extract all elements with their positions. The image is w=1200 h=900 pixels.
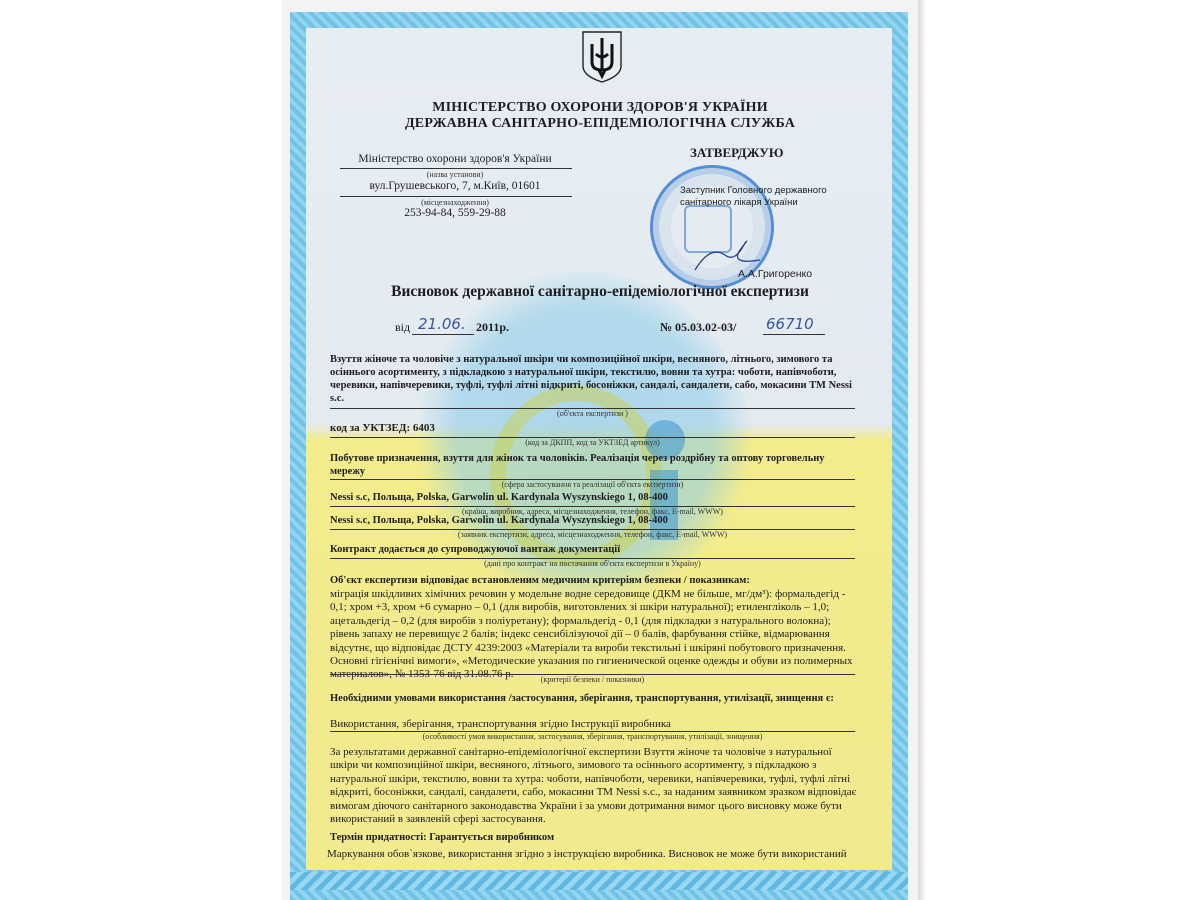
conditions-value: Використання, зберігання, транспортуванн…	[330, 718, 671, 730]
issuer-name: Міністерство охорони здоров'я України	[340, 153, 570, 165]
contract-info-caption: (дані про контракт на постачання об'єкта…	[330, 559, 855, 568]
approval-signatory: А.А.Григоренко	[738, 268, 812, 280]
application-scope-caption: (сфера застосування та реалізації об'єкт…	[330, 480, 855, 489]
criteria-text: міграція шкідливих хімічних речовин у мо…	[330, 588, 860, 682]
expertise-object: Взуття жіноче та чоловіче з натуральної …	[330, 353, 860, 405]
issuer-address: вул.Грушевського, 7, м.Київ, 01601	[340, 180, 570, 192]
sheet-edge	[918, 0, 926, 900]
shelf-life: Термін придатності: Гарантується виробни…	[330, 832, 554, 843]
approval-label: ЗАТВЕРДЖУЮ	[690, 145, 783, 161]
marking-text: Маркування обов`язкове, використання згі…	[327, 848, 867, 860]
issuer-phones: 253-94-84, 559-29-88	[340, 207, 570, 219]
tn-ved-code: код за УКТЗЕД: 6403	[330, 422, 435, 434]
contract-info: Контракт додається до супроводжуючої ван…	[330, 544, 620, 555]
expertise-object-caption: (об'єкта експертизи )	[330, 409, 855, 418]
decorative-border-bottom	[290, 872, 908, 890]
manufacturer: Nessi s.c, Польща, Polska, Garwolin ul. …	[330, 492, 668, 503]
applicant: Nessi s.c, Польща, Polska, Garwolin ul. …	[330, 515, 668, 526]
applicant-caption: (заявник експертизи, адреса, місцезнаход…	[330, 530, 855, 539]
conditions-heading: Необхідними умовами використання /застос…	[330, 692, 860, 705]
conditions-caption: (особливості умов використання, застосув…	[330, 732, 855, 741]
number-handwritten: 66710	[766, 315, 814, 333]
approval-position: Заступник Головного державного санітарно…	[680, 185, 830, 209]
date-year: 2011р.	[476, 320, 509, 335]
application-scope: Побутове призначення, взуття для жінок т…	[330, 452, 860, 478]
conclusion-text: За результатами державної санітарно-епід…	[330, 746, 860, 826]
document-title: Висновок державної санітарно-епідеміолог…	[310, 283, 890, 301]
trident-emblem-icon	[580, 30, 624, 84]
date-prefix: від	[395, 320, 410, 335]
criteria-heading: Об'єкт експертизи відповідає встановлени…	[330, 575, 860, 586]
tn-ved-code-caption: (код за ДКПП, код за УКТЗЕД артикул)	[330, 438, 855, 447]
date-handwritten: 21.06.	[418, 315, 466, 333]
issuer-address-caption: (місцезнаходження)	[340, 198, 570, 207]
ministry-heading: МІНІСТЕРСТВО ОХОРОНИ ЗДОРОВ'Я УКРАЇНИ	[310, 100, 890, 116]
number-prefix: № 05.03.02-03/	[660, 320, 736, 335]
criteria-caption: (критерії безпеки / показники)	[330, 675, 855, 684]
service-heading: ДЕРЖАВНА САНІТАРНО-ЕПІДЕМІОЛОГІЧНА СЛУЖБ…	[310, 116, 890, 132]
issuer-name-caption: (назва установи)	[340, 170, 570, 179]
